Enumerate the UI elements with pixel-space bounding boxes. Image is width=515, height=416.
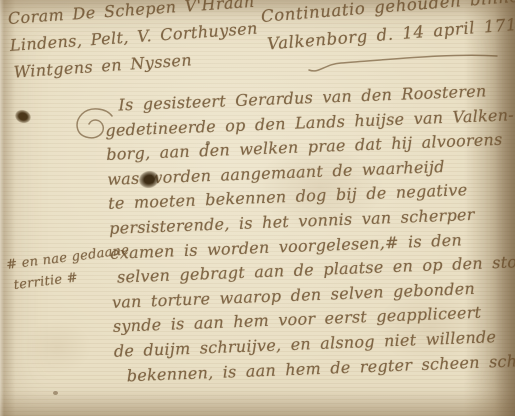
ink-speck	[53, 391, 58, 395]
manuscript-page: Coram De Schepen V'Hraan Lindens, Pelt, …	[0, 0, 515, 416]
header-judges-block: Coram De Schepen V'Hraan Lindens, Pelt, …	[7, 0, 260, 86]
paper-stain	[22, 320, 92, 375]
ink-blot	[13, 108, 32, 125]
body-paragraph: Is gesisteert Gerardus van den Roosteren…	[104, 78, 515, 389]
header-session-block: Continuatio gehouden binnen Valkenborg d…	[260, 0, 515, 59]
date-underline-flourish	[305, 50, 505, 76]
